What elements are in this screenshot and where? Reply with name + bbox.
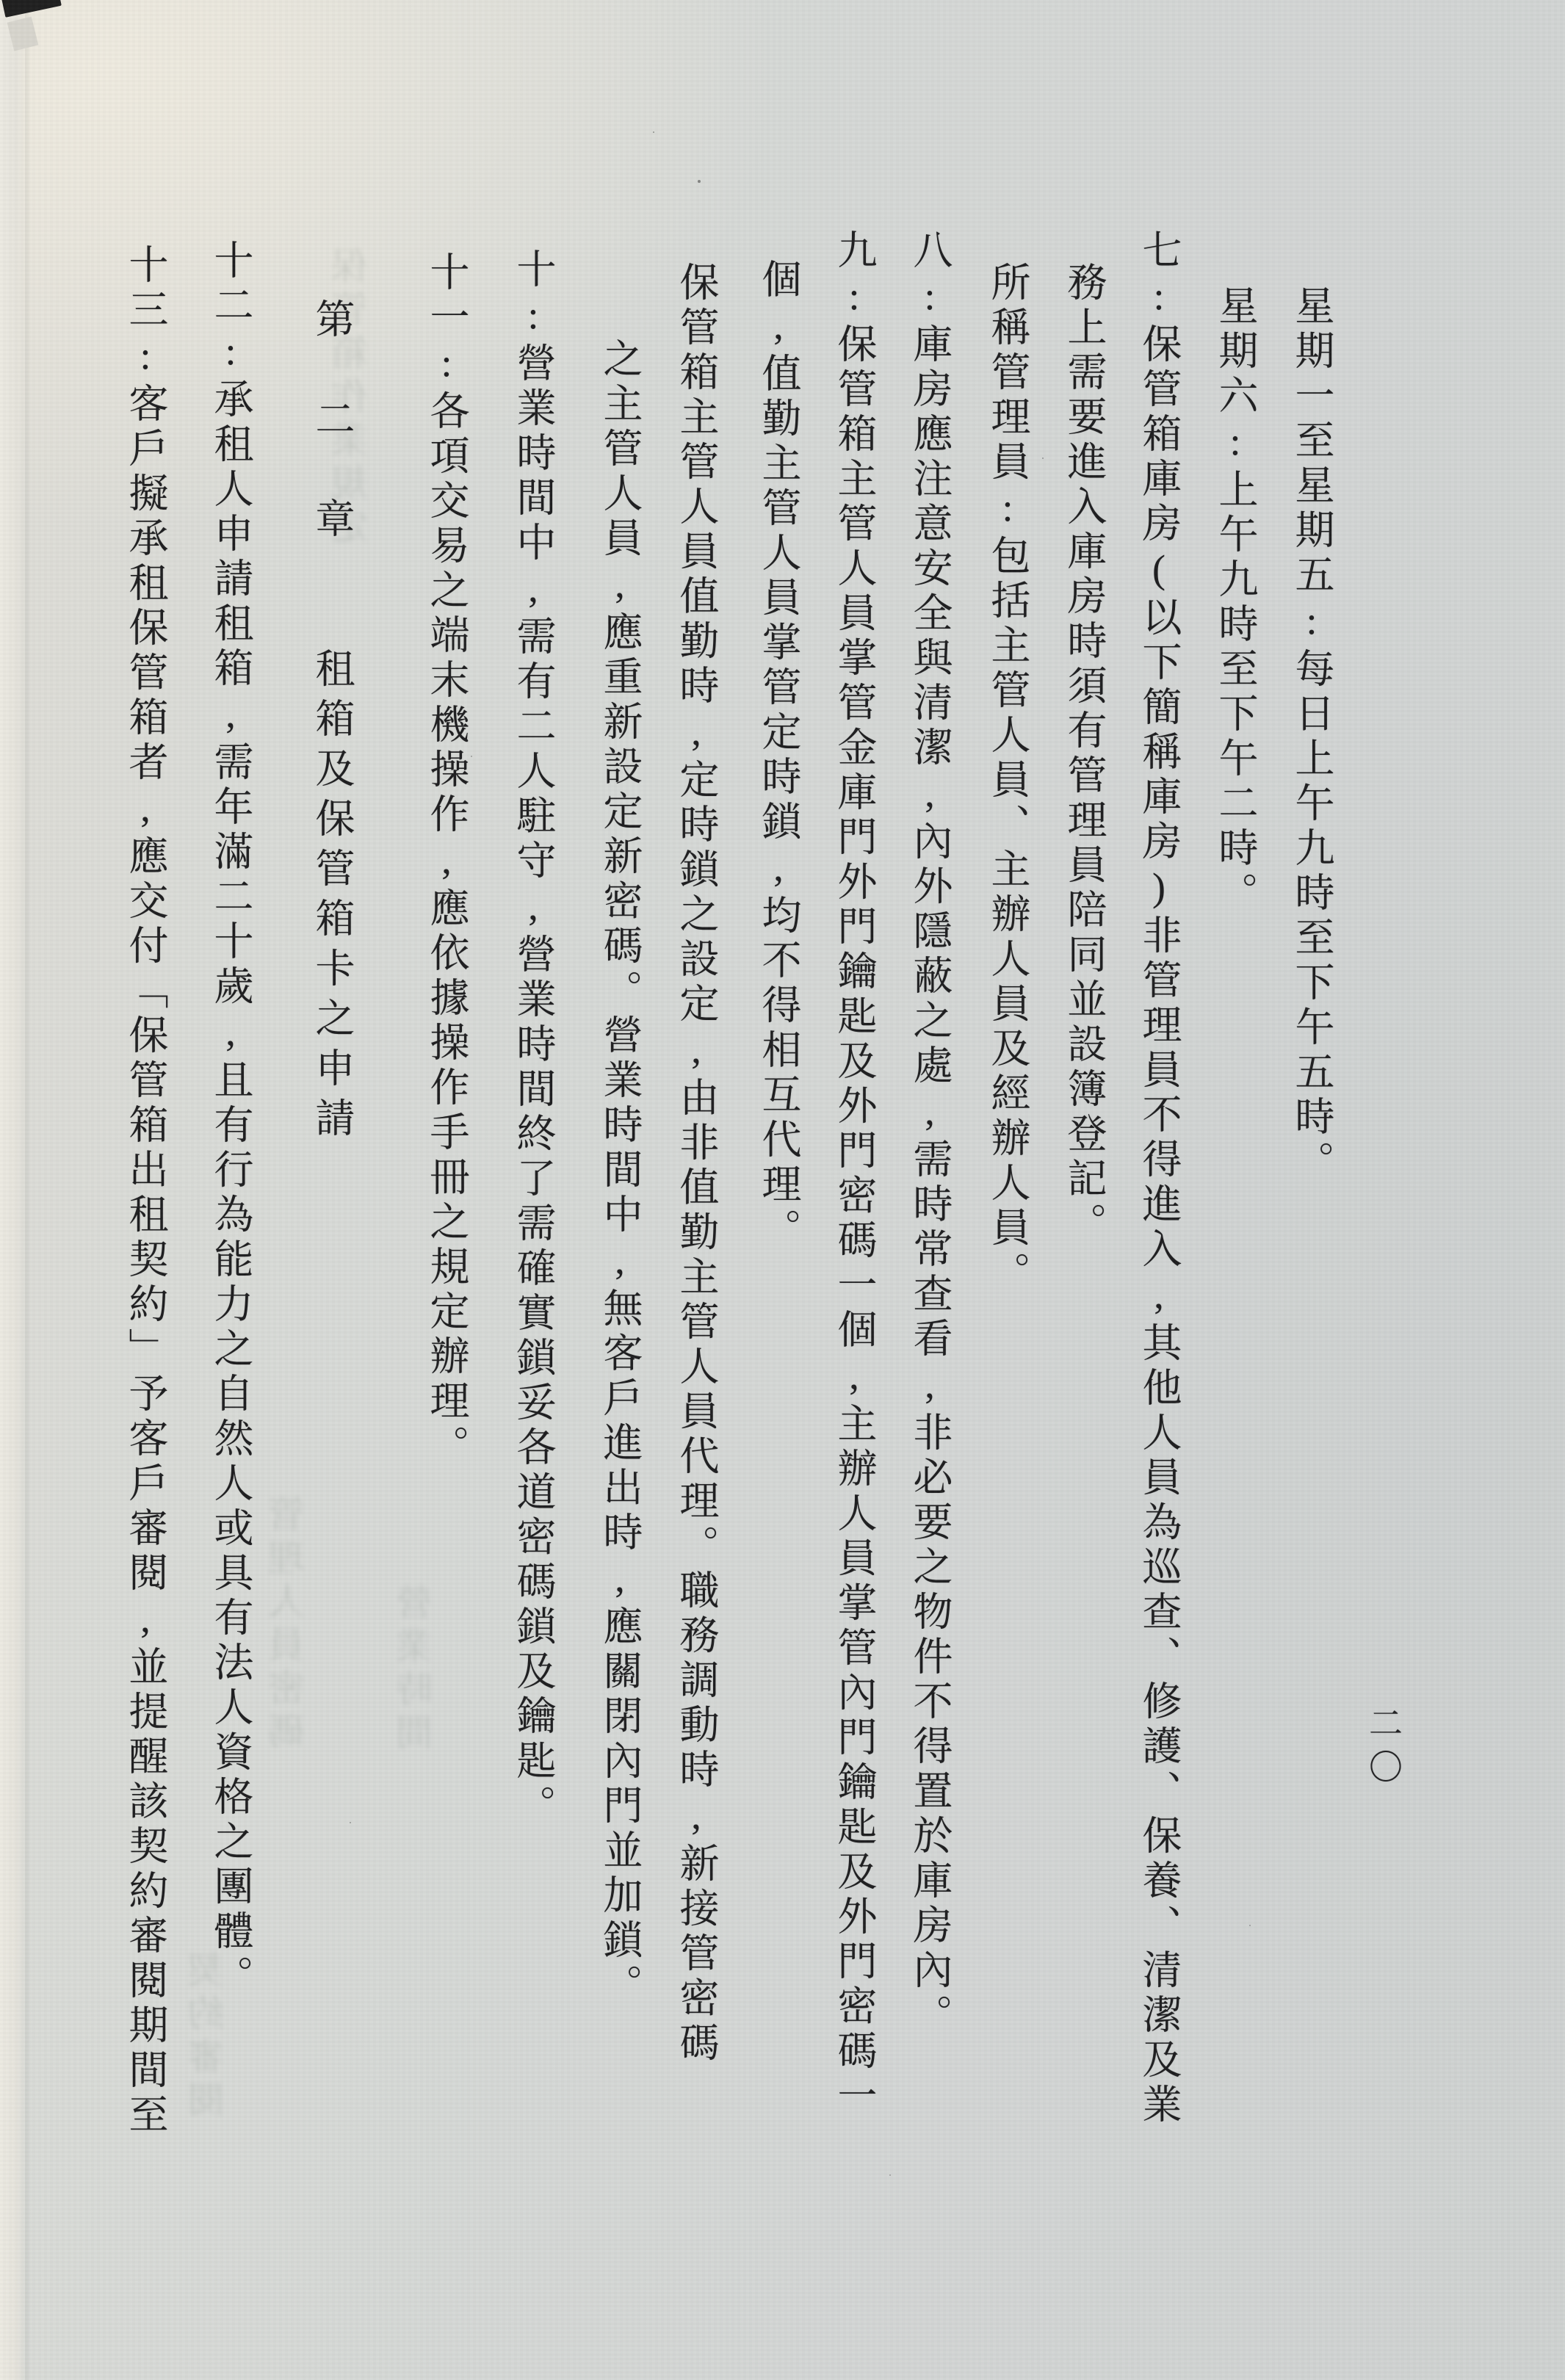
col-item-9-line3: 保管箱主管人員值勤時,定時鎖之設定,由非值勤主管人員代理。職務調動時,新接管密碼 [674, 261, 718, 2066]
scanned-document-page: 保管箱作業規定 管理人員密碼 契約審閱 營業時間 星期一至星期五:每日上午九時至… [0, 0, 1565, 2380]
col-item-13: 十三:客戶擬承租保管箱者,應交付「保管箱出租契約」予客戶審閱,並提醒該契約審閱期… [123, 244, 167, 2138]
col-hours-weekday: 星期一至星期五:每日上午九時至下午五時。 [1290, 285, 1334, 1185]
page-number: 二〇 [1359, 1705, 1407, 1793]
col-item-8: 八:庫房應注意安全與清潔,內外隱蔽之處,需時常查看,非必要之物件不得置於庫房內。 [908, 229, 952, 2039]
col-item-12: 十二:承租人申請租箱,需年滿二十歲,且有行為能力之自然人或具有法人資格之團體。 [209, 239, 253, 2000]
col-item-10: 十:營業時間中,需有二人駐守,營業時間終了需確實鎖妥各道密碼鎖及鑰匙。 [511, 248, 555, 1829]
bleed-through-text: 管理人員密碼 [269, 1495, 310, 1755]
col-item-7-line2: 務上需要進入庫房時須有管理員陪同並設簿登記。 [1062, 261, 1106, 1247]
col-item-7-line3: 所稱管理員:包括主管人員、主辦人員及經辦人員。 [986, 261, 1030, 1296]
page-left-edge [0, 0, 26, 2380]
chapter-heading: 第 二 章 租箱及保管箱卡之申請 [310, 298, 354, 1147]
col-item-9-line1: 九:保管箱主管人員掌管金庫門外門鑰匙及外門密碼一個,主辦人員掌管內門鑰匙及外門密… [832, 229, 876, 2119]
col-item-9-line2: 個,值勤主管人員掌管定時鎖,均不得相互代理。 [756, 258, 800, 1253]
page-fold-crease [25, 0, 32, 2380]
col-hours-saturday: 星期六:上午九時至下午二時。 [1213, 285, 1257, 916]
col-item-9-line4: 之主管人員,應重新設定新密碼。營業時間中,無客戶進出時,應關閉內門並加鎖。 [598, 338, 642, 2008]
dust-specks [698, 180, 701, 183]
bleed-through-text: 營業時間 [397, 1583, 438, 1757]
col-item-11: 十一:各項交易之端末機操作,應依據操作手冊之規定辦理。 [424, 251, 469, 1469]
col-item-7-line1: 七:保管箱庫房(以下簡稱庫房)非管理員不得進入,其他人員為巡查、修護、保養、清潔… [1137, 229, 1181, 2128]
